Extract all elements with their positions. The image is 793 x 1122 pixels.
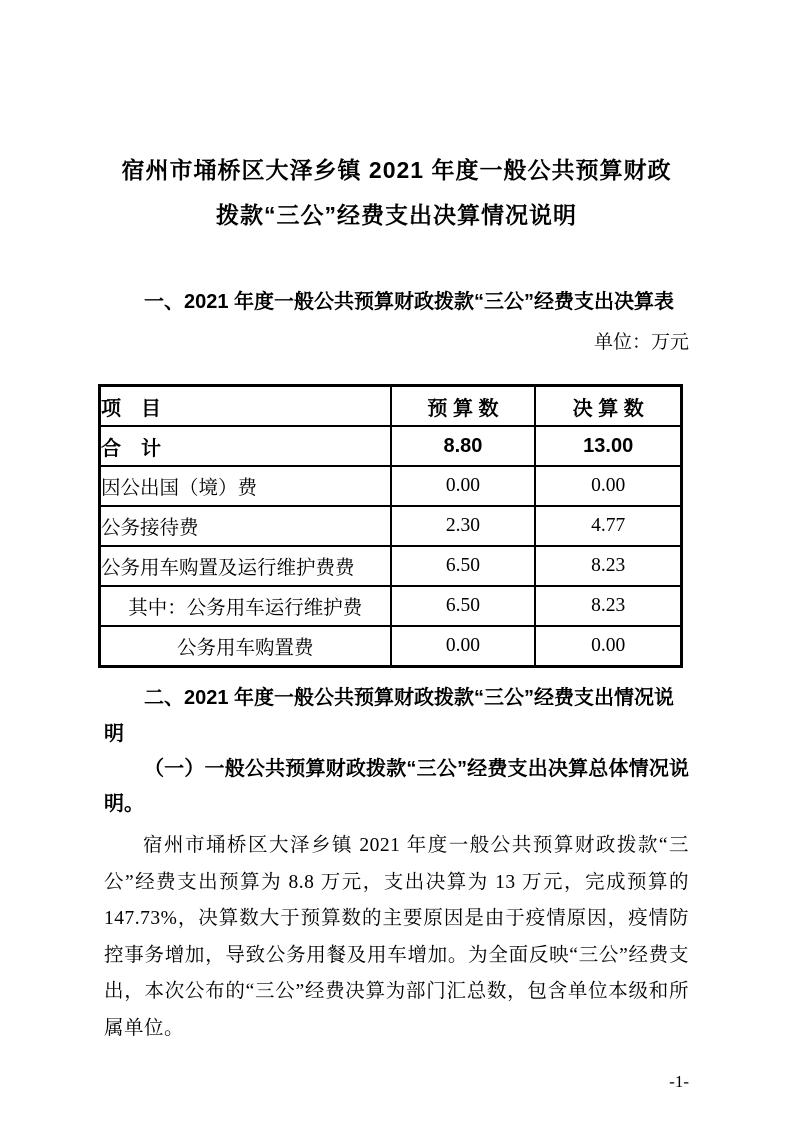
row-final-value: 8.23 (535, 546, 681, 586)
row-label: 公务用车购置费 (100, 626, 391, 667)
row-label: 公务接待费 (100, 506, 391, 546)
section2-subheading: （一）一般公共预算财政拨款“三公”经费支出决算总体情况说明。 (104, 752, 689, 822)
table-row: 公务接待费2.304.77 (100, 506, 682, 546)
row-label: 公务用车购置及运行维护费费 (100, 546, 391, 586)
table-header-final: 决 算 数 (535, 386, 681, 427)
document-title-line2: 拨款“三公”经费支出决算情况说明 (104, 193, 689, 238)
table-row: 因公出国（境）费0.000.00 (100, 466, 682, 506)
page-number: -1- (104, 1069, 689, 1095)
row-final-value: 0.00 (535, 626, 681, 667)
row-label: 因公出国（境）费 (100, 466, 391, 506)
row-budget-value: 6.50 (391, 586, 536, 626)
table-row: 合 计8.8013.00 (100, 426, 682, 466)
row-label: 合 计 (100, 426, 391, 466)
table-row: 公务用车购置及运行维护费费6.508.23 (100, 546, 682, 586)
table-header-item: 项 目 (100, 386, 391, 427)
row-final-value: 13.00 (535, 426, 681, 466)
row-budget-value: 2.30 (391, 506, 536, 546)
budget-table: 项 目 预 算 数 决 算 数 合 计8.8013.00因公出国（境）费0.00… (98, 384, 683, 668)
document-page: 宿州市埇桥区大泽乡镇 2021 年度一般公共预算财政 拨款“三公”经费支出决算情… (0, 0, 793, 1122)
budget-table-body: 合 计8.8013.00因公出国（境）费0.000.00公务接待费2.304.7… (100, 426, 682, 667)
section2-heading: 二、2021 年度一般公共预算财政拨款“三公”经费支出情况说明 (104, 680, 689, 752)
section1-heading: 一、2021 年度一般公共预算财政拨款“三公”经费支出决算表 (104, 286, 689, 318)
document-title: 宿州市埇桥区大泽乡镇 2021 年度一般公共预算财政 拨款“三公”经费支出决算情… (104, 148, 689, 238)
row-final-value: 8.23 (535, 586, 681, 626)
row-budget-value: 0.00 (391, 466, 536, 506)
row-label: 其中：公务用车运行维护费 (100, 586, 391, 626)
row-final-value: 0.00 (535, 466, 681, 506)
row-budget-value: 0.00 (391, 626, 536, 667)
section2-paragraph: 宿州市埇桥区大泽乡镇 2021 年度一般公共预算财政拨款“三公”经费支出预算为 … (104, 828, 689, 1047)
row-budget-value: 6.50 (391, 546, 536, 586)
document-title-line1: 宿州市埇桥区大泽乡镇 2021 年度一般公共预算财政 (104, 148, 689, 193)
table-unit-label: 单位：万元 (104, 328, 689, 358)
table-row: 公务用车购置费0.000.00 (100, 626, 682, 667)
table-header-row: 项 目 预 算 数 决 算 数 (100, 386, 682, 427)
row-final-value: 4.77 (535, 506, 681, 546)
table-row: 其中：公务用车运行维护费6.508.23 (100, 586, 682, 626)
table-header-budget: 预 算 数 (391, 386, 536, 427)
row-budget-value: 8.80 (391, 426, 536, 466)
